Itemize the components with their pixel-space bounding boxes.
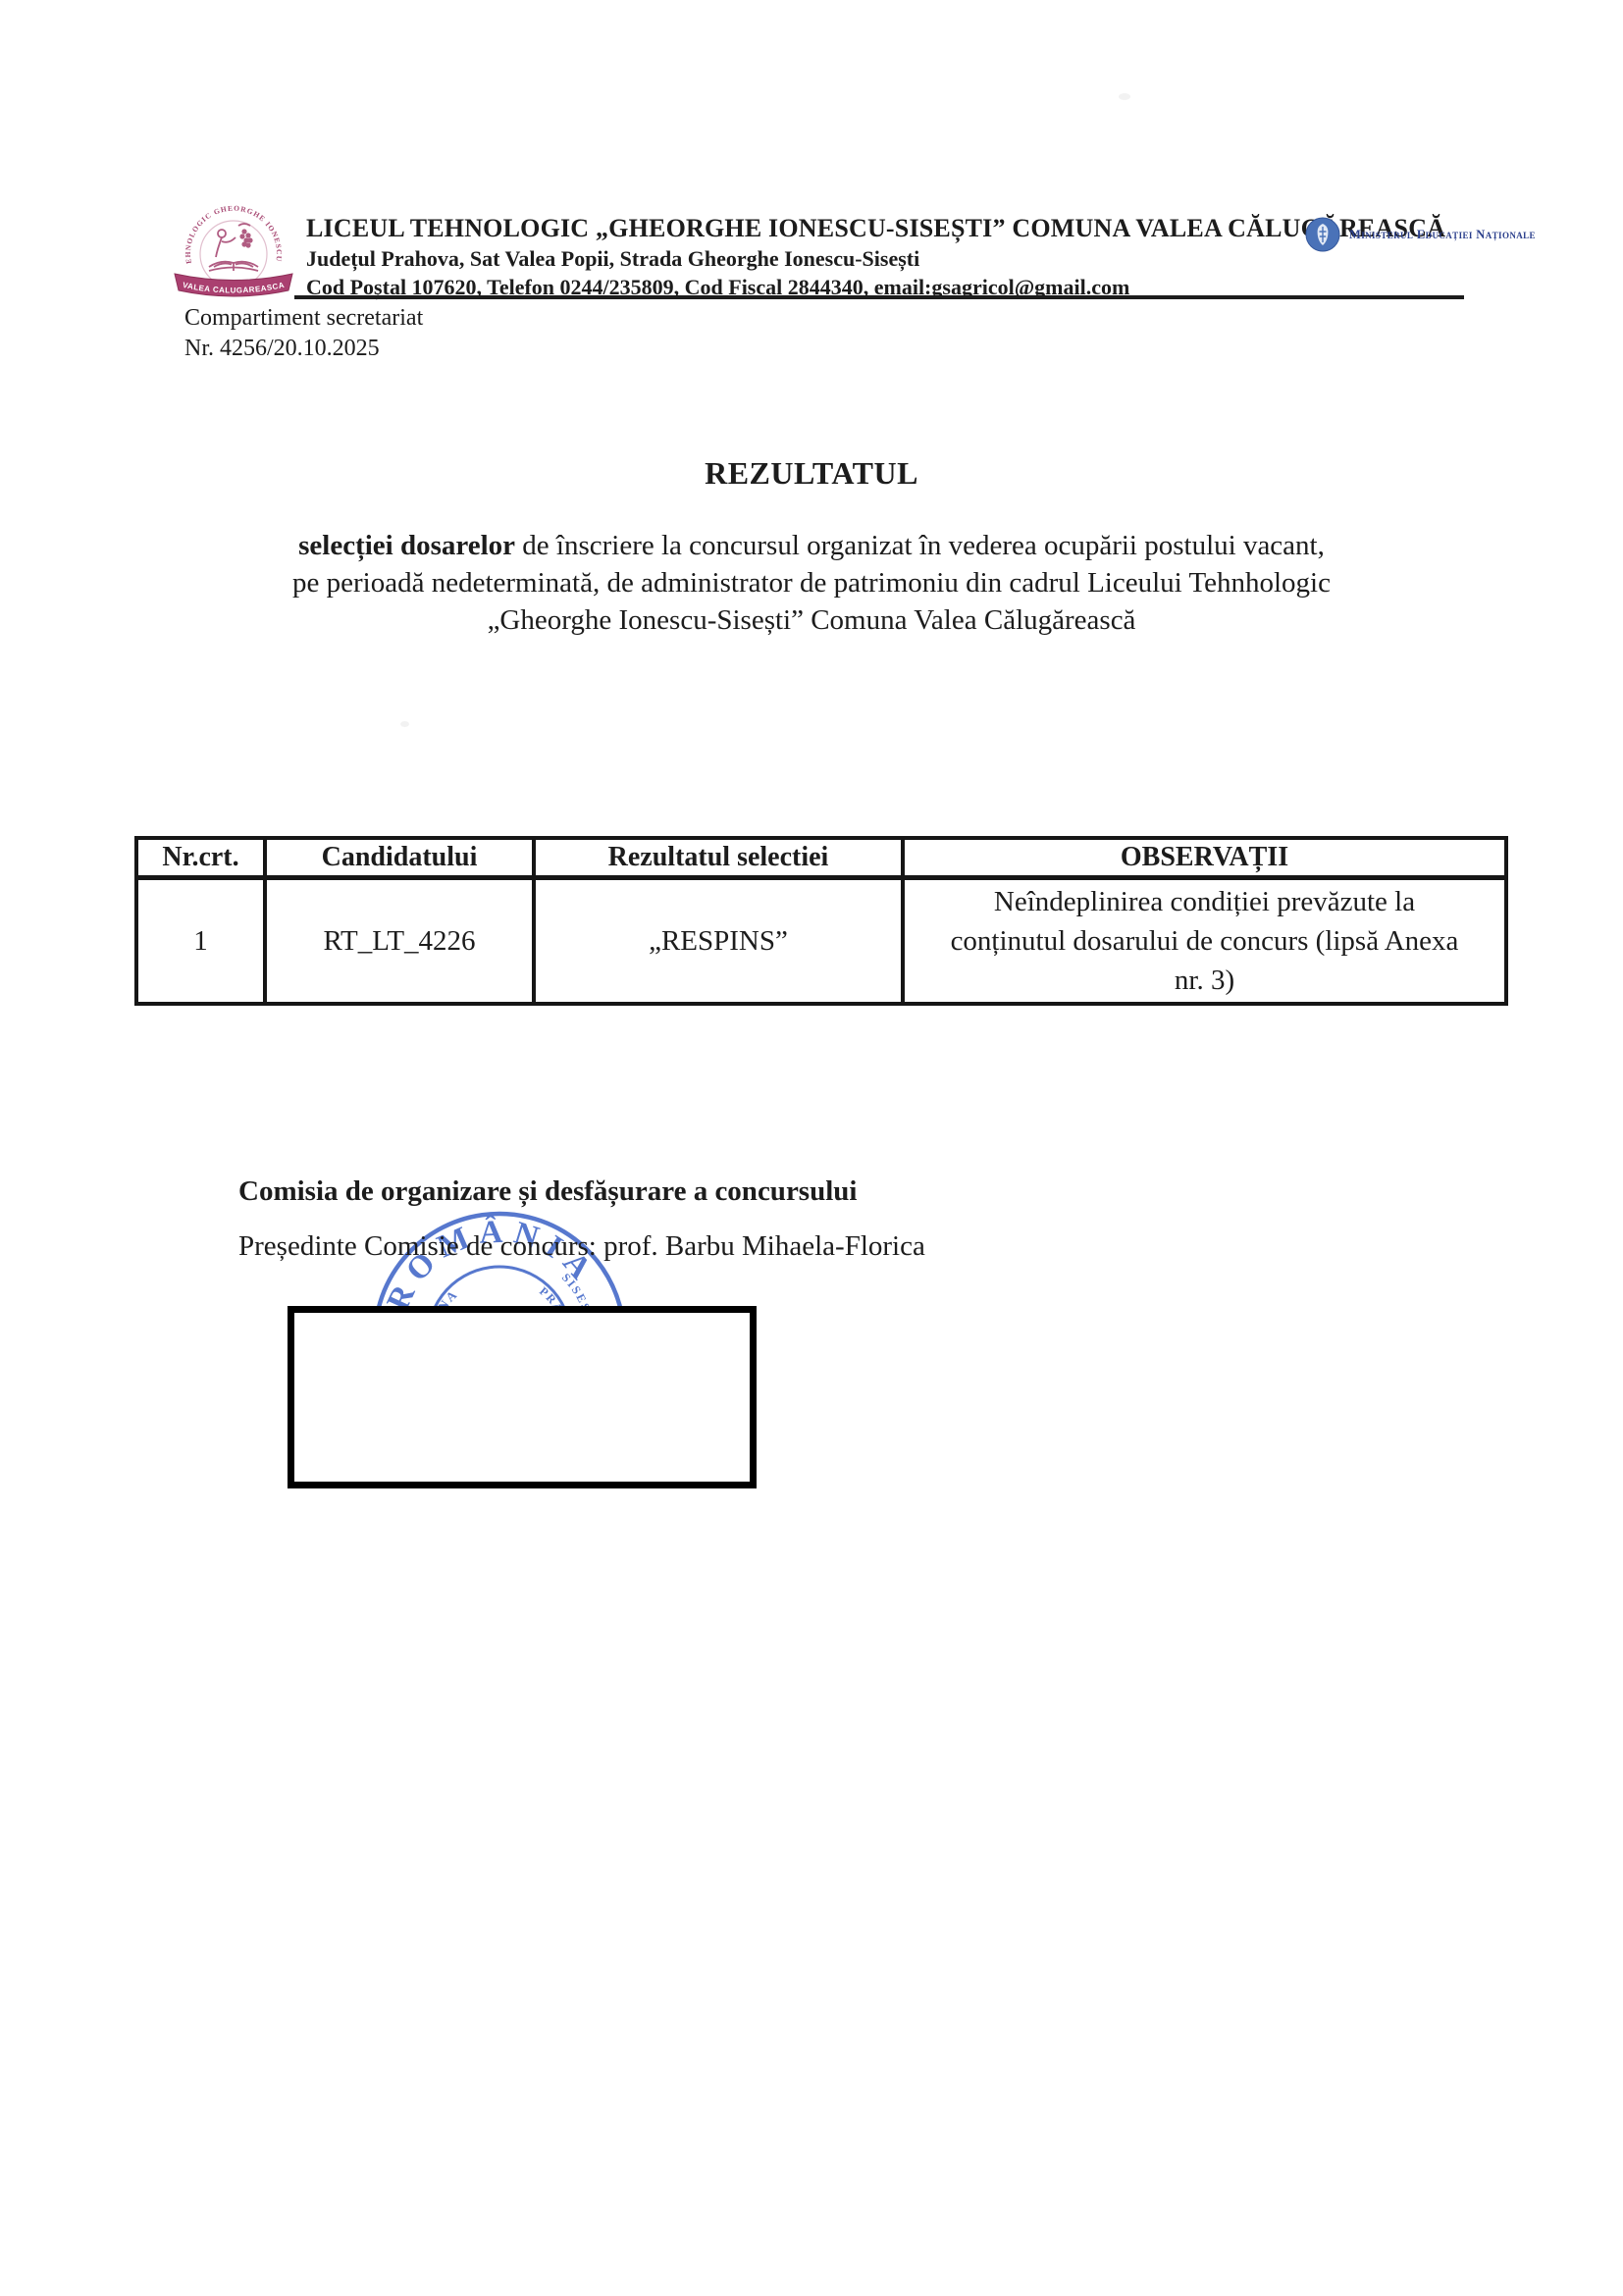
school-address: Județul Prahova, Sat Valea Popii, Strada…	[306, 244, 1445, 273]
cell-result: „RESPINS”	[534, 878, 903, 1005]
scan-speck	[400, 721, 409, 727]
intro-line-1-rest: de înscriere la concursul organizat în v…	[515, 530, 1325, 561]
school-seal-logo: LICEUL TEHNOLOGIC GHEORGHE IONESCU - SIS…	[160, 198, 307, 308]
intro-paragraph: selecției dosarelor de înscriere la conc…	[134, 527, 1489, 639]
table-header-row: Nr.crt. Candidatului Rezultatul selectie…	[136, 838, 1506, 878]
department-line: Compartiment secretariat	[184, 305, 423, 332]
ministry-block: Ministerul Educației Naționale	[1305, 217, 1536, 252]
seal-inner-ring	[200, 221, 267, 287]
col-header-nr: Nr.crt.	[136, 838, 265, 878]
seal-emblem-sketch	[209, 224, 258, 271]
col-header-result: Rezultatul selectiei	[534, 838, 903, 878]
seal-ring-text: LICEUL TEHNOLOGIC GHEORGHE IONESCU - SIS…	[160, 198, 284, 264]
seal-grapes	[239, 229, 252, 247]
document-title: REZULTATUL	[0, 455, 1623, 492]
table-row: 1 RT_LT_4226 „RESPINS” Neîndeplinirea co…	[136, 878, 1506, 1005]
school-name: LICEUL TEHNOLOGIC „GHEORGHE IONESCU-SISE…	[306, 213, 1445, 244]
letterhead-divider-rule	[294, 295, 1464, 299]
cell-nr: 1	[136, 878, 265, 1005]
svg-text:ROMÂNIA: ROMÂNIA	[370, 1207, 605, 1320]
intro-line-3: „Gheorghe Ionescu-Sisești” Comuna Valea …	[134, 601, 1489, 639]
committee-heading: Comisia de organizare și desfășurare a c…	[238, 1175, 857, 1208]
scan-speck	[1119, 93, 1130, 100]
ministry-label: Ministerul Educației Naționale	[1349, 228, 1536, 242]
intro-line-1-bold: selecției dosarelor	[298, 530, 515, 561]
ministry-logo-icon	[1305, 217, 1340, 252]
results-table: Nr.crt. Candidatului Rezultatul selectie…	[134, 836, 1508, 1006]
col-header-candidate: Candidatului	[265, 838, 534, 878]
committee-president-line: Președinte Comisie de concurs: prof. Bar…	[238, 1230, 925, 1263]
letterhead-text-block: LICEUL TEHNOLOGIC „GHEORGHE IONESCU-SISE…	[306, 213, 1445, 301]
intro-line-1: selecției dosarelor de înscriere la conc…	[134, 527, 1489, 564]
svg-text:LICEUL TEHNOLOGIC GHEORGHE ION: LICEUL TEHNOLOGIC GHEORGHE IONESCU - SIS…	[160, 198, 284, 264]
stamp-country-text: ROMÂNIA	[370, 1207, 605, 1320]
registration-number: Nr. 4256/20.10.2025	[184, 336, 380, 362]
cell-observations: Neîndeplinirea condiției prevăzute la co…	[903, 878, 1506, 1005]
cell-candidate: RT_LT_4226	[265, 878, 534, 1005]
intro-line-2: pe perioadă nedeterminată, de administra…	[134, 564, 1489, 601]
signature-redaction-box	[288, 1306, 757, 1488]
document-page: LICEUL TEHNOLOGIC GHEORGHE IONESCU - SIS…	[0, 0, 1623, 2296]
col-header-observations: OBSERVAȚII	[903, 838, 1506, 878]
